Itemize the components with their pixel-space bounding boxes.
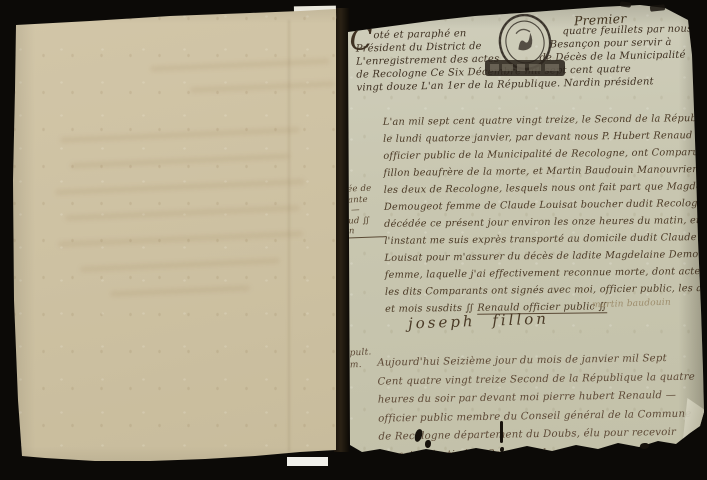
bleed-through-line [60,127,300,143]
book-gutter [334,8,349,452]
bleed-through-line [110,285,250,297]
death-record-entry-1: L'an mil sept cent quatre vingt treize, … [383,110,701,318]
header-initial: C [349,25,373,55]
declarant-signature: joseph fillon [408,310,549,333]
bleed-through-line [70,153,290,169]
ink-blot [500,447,504,452]
bottom-bookmark-tab [287,457,328,466]
stamp-group [483,14,569,80]
bleed-through-line [80,258,280,273]
ink-blot [640,443,649,449]
bleed-through-line [65,205,300,221]
bleed-through-line [58,231,303,248]
ink-blot [500,421,503,443]
page-fold-line [288,20,290,458]
bleed-through-line [55,179,305,196]
death-record-entry-2: Aujourd'hui Seizième jour du mois de jan… [377,349,707,465]
bleed-through-line [190,81,335,93]
tax-banner-stamp-icon [485,60,565,76]
bleed-through-line [150,58,330,72]
